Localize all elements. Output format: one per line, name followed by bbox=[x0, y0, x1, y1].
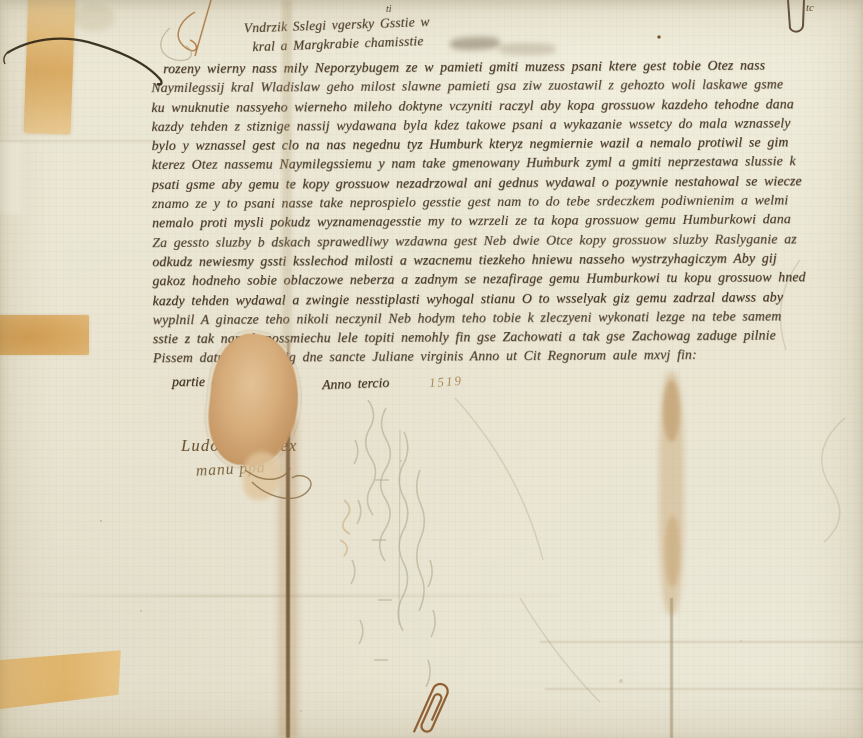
vertical-fold-line-right bbox=[670, 598, 673, 738]
damage-stain-tail bbox=[243, 452, 281, 500]
corner-mark-label: tc bbox=[806, 2, 814, 14]
horizontal-crease bbox=[545, 688, 863, 690]
paperclip-mark bbox=[414, 682, 450, 738]
repair-tape-left bbox=[0, 315, 89, 355]
closing-line-suffix: Anno tercio bbox=[322, 375, 390, 393]
paper-specks bbox=[100, 520, 102, 522]
repair-tape-bottom-left bbox=[0, 638, 128, 714]
ink-smudge bbox=[498, 43, 556, 55]
horizontal-crease bbox=[540, 641, 863, 643]
paper-stain-small bbox=[73, 4, 115, 32]
archival-year-note: 1519 bbox=[428, 373, 463, 391]
paper-patch bbox=[0, 140, 21, 214]
ink-smudge bbox=[450, 36, 500, 51]
horizontal-crease bbox=[0, 140, 160, 142]
vertical-fold-stain-right bbox=[659, 372, 684, 614]
manuscript-photo: ti Vndrzik Sslegi vgersky Gsstie w kral … bbox=[0, 0, 863, 738]
vertical-fold-line-left bbox=[286, 432, 290, 738]
quill-flourish-faint bbox=[161, 28, 192, 61]
corner-loop-mark bbox=[788, 0, 804, 32]
fold-stain-spot bbox=[665, 515, 680, 587]
quill-flourish bbox=[178, 0, 211, 56]
repair-tape-top-left bbox=[24, 0, 76, 135]
horizontal-crease bbox=[0, 595, 560, 597]
letter-body: rozeny wierny nass mily Neporzybugem ze … bbox=[151, 55, 863, 368]
fold-stain-spot bbox=[663, 380, 680, 442]
vertical-fold-stain-left bbox=[278, 418, 298, 738]
